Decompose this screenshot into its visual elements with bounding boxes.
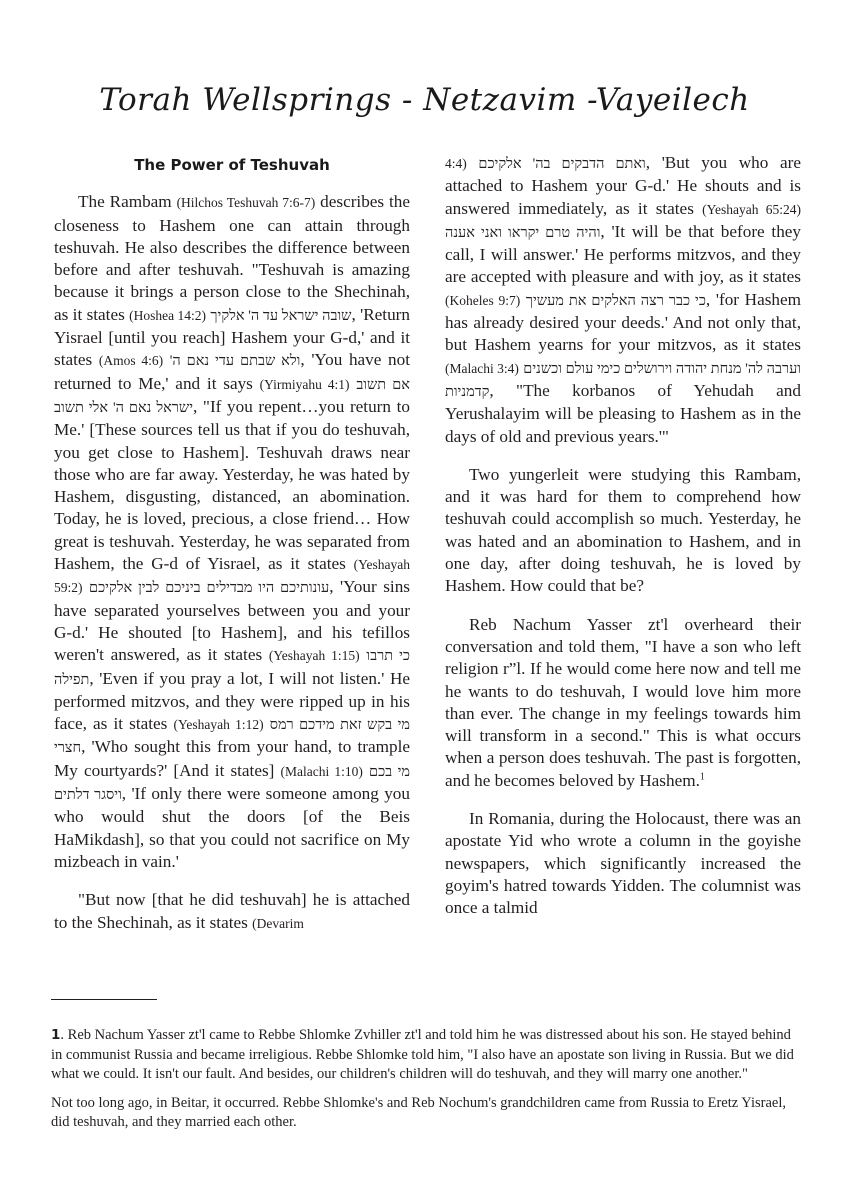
- source-citation: 4:4): [445, 156, 467, 171]
- paragraph-but-now: "But now [that he did teshuvah] he is at…: [54, 889, 410, 935]
- paragraph-romania: In Romania, during the Holocaust, there …: [445, 808, 801, 919]
- right-column: 4:4) ואתם הדבקים בה' אלקיכם, 'But you wh…: [445, 152, 801, 936]
- hebrew-quote: כי כבר רצה האלקים את מעשיך: [526, 293, 706, 309]
- source-citation: (Amos 4:6): [99, 353, 163, 368]
- footnote-reference[interactable]: 1: [700, 771, 705, 782]
- hebrew-quote: שובה ישראל עד ה' אלקיך: [210, 308, 351, 324]
- footnote-number: 1: [51, 1027, 60, 1043]
- source-citation: (Hilchos Teshuvah 7:6-7): [177, 195, 316, 210]
- source-citation: (Yeshayah 1:15): [269, 648, 360, 663]
- paragraph-reb-nachum: Reb Nachum Yasser zt'l overheard their c…: [445, 614, 801, 792]
- paragraph-rambam: The Rambam (Hilchos Teshuvah 7:6-7) desc…: [54, 191, 410, 873]
- hebrew-quote: עונותיכם היו מבדילים ביניכם לבין אלקיכם: [89, 580, 329, 596]
- footnote-1-continuation: Not too long ago, in Beitar, it occurred…: [51, 1094, 799, 1133]
- footnotes-section: 1. Reb Nachum Yasser zt'l came to Rebbe …: [51, 1026, 799, 1142]
- text: Reb Nachum Yasser zt'l overheard their c…: [445, 615, 801, 790]
- hebrew-quote: ולא שבתם עדי נאם ה': [170, 353, 301, 369]
- source-citation: (Yeshayah 1:12): [173, 717, 263, 732]
- text: , "The korbanos of Yehudah and Yerushala…: [445, 381, 801, 446]
- source-citation: (Hoshea 14:2): [129, 308, 206, 323]
- hebrew-quote: והיה טרם יקראו ואני אענה: [445, 225, 600, 241]
- text: "But now [that he did teshuvah] he is at…: [54, 890, 410, 931]
- source-citation: (Malachi 1:10): [280, 764, 362, 779]
- footnote-divider: [51, 999, 157, 1000]
- text: , "If you repent…you return to Me.' [The…: [54, 397, 410, 573]
- source-citation: (Malachi 3:4): [445, 361, 519, 376]
- paragraph-continuation: 4:4) ואתם הדבקים בה' אלקיכם, 'But you wh…: [445, 152, 801, 448]
- paragraph-yungerleit: Two yungerleit were studying this Rambam…: [445, 464, 801, 598]
- footnote-text: . Reb Nachum Yasser zt'l came to Rebbe S…: [51, 1027, 794, 1082]
- section-heading: The Power of Teshuvah: [54, 154, 410, 176]
- page-title: Torah Wellsprings - Netzavim -Vayeilech: [0, 82, 849, 118]
- footnote-1: 1. Reb Nachum Yasser zt'l came to Rebbe …: [51, 1026, 799, 1085]
- source-citation: (Koheles 9:7): [445, 293, 520, 308]
- document-page: Torah Wellsprings - Netzavim -Vayeilech …: [0, 0, 849, 1200]
- text: The Rambam: [78, 192, 177, 211]
- source-citation: (Yirmiyahu 4:1): [260, 377, 350, 392]
- source-citation: (Yeshayah 65:24): [702, 202, 801, 217]
- hebrew-quote: ואתם הדבקים בה' אלקיכם: [478, 156, 645, 172]
- left-column: The Power of Teshuvah The Rambam (Hilcho…: [54, 150, 410, 951]
- source-citation: (Devarim: [252, 916, 304, 931]
